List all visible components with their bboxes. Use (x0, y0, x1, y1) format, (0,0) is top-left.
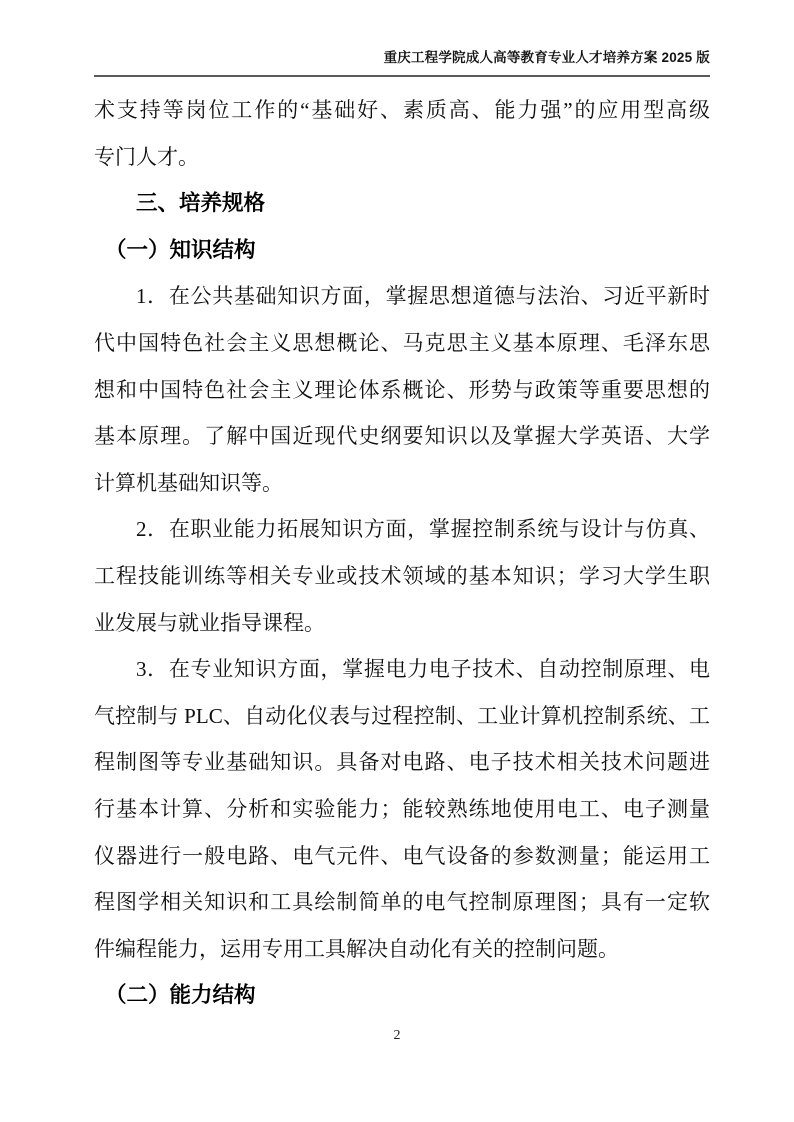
body-line: 气控制与 PLC、自动化仪表与过程控制、工业计算机控制系统、工 (94, 693, 710, 740)
subsection-heading: （一）知识结构 (94, 227, 710, 274)
body-line: 计算机基础知识等。 (94, 460, 710, 507)
body-line: 仪器进行一般电路、电气元件、电气设备的参数测量；能运用工 (94, 833, 710, 880)
body-line: 1．在公共基础知识方面，掌握思想道德与法治、习近平新时 (94, 273, 710, 320)
body-line: 行基本计算、分析和实验能力；能较熟练地使用电工、电子测量 (94, 786, 710, 833)
body-line: 想和中国特色社会主义理论体系概论、形势与政策等重要思想的 (94, 367, 710, 414)
running-header: 重庆工程学院成人高等教育专业人才培养方案 2025 版 (94, 48, 710, 77)
body-line: 代中国特色社会主义思想概论、马克思主义基本原理、毛泽东思 (94, 320, 710, 367)
page-number: 2 (0, 1028, 794, 1044)
body-line: 程制图等专业基础知识。具备对电路、电子技术相关技术问题进 (94, 739, 710, 786)
body-line: 3．在专业知识方面，掌握电力电子技术、自动控制原理、电 (94, 646, 710, 693)
body-line: 业发展与就业指导课程。 (94, 600, 710, 647)
body-line: 2．在职业能力拓展知识方面，掌握控制系统与设计与仿真、 (94, 506, 710, 553)
body-line: 基本原理。了解中国近现代史纲要知识以及掌握大学英语、大学 (94, 413, 710, 460)
document-page: 重庆工程学院成人高等教育专业人才培养方案 2025 版 术支持等岗位工作的“基础… (0, 0, 794, 1122)
body-line: 工程技能训练等相关专业或技术领域的基本知识；学习大学生职 (94, 553, 710, 600)
body-line: 术支持等岗位工作的“基础好、素质高、能力强”的应用型高级 (94, 87, 710, 134)
subsection-heading: （二）能力结构 (94, 972, 710, 1019)
body-line: 程图学相关知识和工具绘制简单的电气控制原理图；具有一定软 (94, 879, 710, 926)
section-heading: 三、培养规格 (94, 180, 710, 227)
body-line: 专门人才。 (94, 134, 710, 181)
body-line: 件编程能力，运用专用工具解决自动化有关的控制问题。 (94, 926, 710, 973)
document-body: 术支持等岗位工作的“基础好、素质高、能力强”的应用型高级 专门人才。 三、培养规… (94, 87, 710, 1019)
